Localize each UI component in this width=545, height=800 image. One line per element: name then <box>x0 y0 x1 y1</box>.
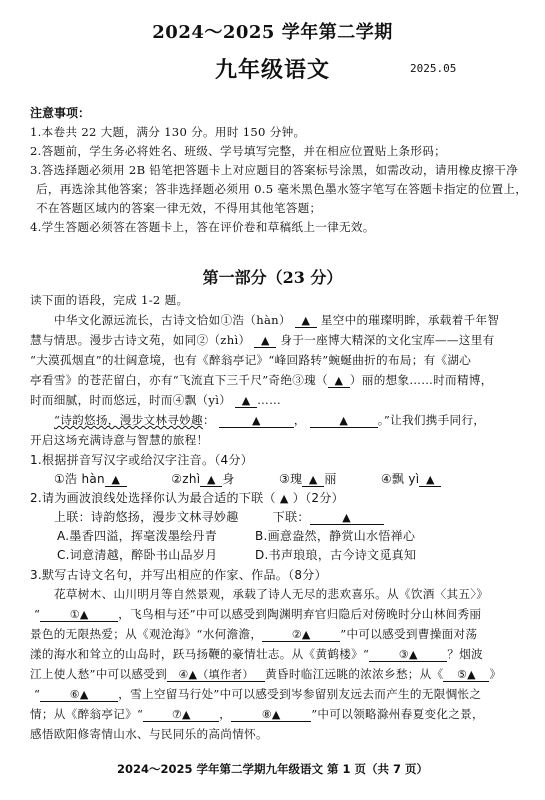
answer-blank[interactable]: ⑥▲ <box>40 689 118 702</box>
option-c[interactable]: C.词意清越，醉卧书山品岁月 <box>57 546 217 563</box>
answer-blank[interactable]: ▲ <box>105 473 127 487</box>
exam-page: 2024～2025 学年第二学期 九年级语文 2025.05 注意事项： 1.本… <box>0 0 545 800</box>
question-1-items: ①浩 hàn▲ ②zhì▲身 ③瑰▲丽 ④飘 yì▲ <box>54 470 441 487</box>
triangle-icon: ▲ <box>301 314 310 327</box>
question-3-stem: 3.默写古诗文名句，并写出相应的作家、作品。（8分） <box>30 566 327 583</box>
subject-title: 九年级语文 <box>215 53 330 84</box>
triangle-icon: ▲ <box>342 511 351 524</box>
triangle-icon: ▲ <box>339 414 348 427</box>
question-2-stem: 2.请为画波浪线处选择你认为最合适的下联（ ▲ ）（2分） <box>30 489 344 506</box>
answer-blank[interactable]: ③▲ <box>369 649 447 662</box>
note-item-2: 2.答题前，学生务必将姓名、班级、学号填写完整，并在相应位置贴上条形码； <box>30 143 446 159</box>
q3-line-4: 漾的海水和耸立的山岛时，跃马扬鞭的豪情壮志。从《黄鹤楼》“③▲？烟波 <box>30 646 483 662</box>
note-item-1: 1.本卷共 22 大题，满分 130 分。用时 150 分钟。 <box>30 124 305 140</box>
triangle-icon: ▲ <box>242 394 251 407</box>
answer-blank[interactable]: ▲ <box>219 414 294 428</box>
triangle-icon[interactable]: ▲ <box>280 492 289 505</box>
answer-blank[interactable]: ②▲ <box>262 629 340 642</box>
passage-line-6: “诗韵悠扬，漫步文林寻妙趣： ▲， ▲。”让我们携手同行， <box>54 412 485 428</box>
note-item-4: 4.学生答题必须答在答题卡上，答在评价卷和草稿纸上一律无效。 <box>30 219 375 235</box>
note-item-3-cont: 后，再选涂其他答案；答非选择题必须用 0.5 毫米黑色墨水签字笔写在答题卡指定的… <box>36 181 527 197</box>
note-item-3-cont2: 不在答题区域内的答案一律无效，不得用其他笔答题； <box>36 200 321 216</box>
passage-line-5: 时而细腻，时而悠远，时而④飘（yì） ▲…… <box>30 392 281 408</box>
passage-line-1: 中华文化源远流长，古诗文恰如①浩（hàn） ▲ 星空中的璀璨明眸，承载着千年智 <box>54 312 499 328</box>
option-d[interactable]: D.书声琅琅，古今诗文觅真知 <box>255 546 416 563</box>
question-1-stem: 1.根据拼音写汉字或给汉字注音。（4分） <box>30 451 253 468</box>
q3-line-7: 情；从《醉翁亭记》“⑦▲，⑧▲”中可以领略滁州春夏变化之景， <box>30 706 484 722</box>
wavy-underlined-phrase: “诗韵悠扬，漫步文林寻妙趣 <box>54 413 203 427</box>
option-a[interactable]: A.墨香四溢，挥毫泼墨绘丹青 <box>57 527 217 544</box>
answer-blank[interactable]: ▲ <box>235 394 257 408</box>
q3-line-6: “⑥▲，雪上空留马行处”中可以感受到岑参留别友远去而产生的无限惆怅之 <box>34 686 481 702</box>
option-b[interactable]: B.画意盎然，静赏山水悟禅心 <box>255 527 415 544</box>
triangle-icon: ▲ <box>309 473 318 486</box>
passage-line-7: 开启这场充满诗意与智慧的旅程！ <box>30 432 208 448</box>
passage-line-2: 慧与情思。漫步古诗文苑，如同②（zhì） ▲ 身于一座博大精深的文化宝库——这里… <box>30 332 494 348</box>
answer-blank[interactable]: ④▲（填作者） <box>167 669 265 682</box>
answer-blank[interactable]: ▲ <box>328 374 350 388</box>
answer-blank[interactable]: ▲ <box>310 511 384 525</box>
q3-line-2: “①▲，飞鸟相与还”中可以感受到陶渊明弃官归隐后对傍晚时分山林间秀丽 <box>34 606 481 622</box>
answer-blank[interactable]: ▲ <box>310 414 378 428</box>
triangle-icon: ▲ <box>426 473 435 486</box>
passage-intro: 读下面的语段，完成 1-2 题。 <box>30 292 188 308</box>
q3-line-8: 感悟欧阳修寄情山水、与民同乐的高尚情怀。 <box>30 726 268 742</box>
answer-blank[interactable]: ▲ <box>302 473 324 487</box>
passage-line-4: 亭看雪》的苍茫留白，亦有“飞流直下三千尺”奇绝③瑰（▲）丽的想象……时而精博， <box>30 372 493 388</box>
answer-blank[interactable]: ▲ <box>419 473 441 487</box>
notes-heading: 注意事项： <box>30 104 90 121</box>
couplet-line: 上联：诗韵悠扬，漫步文林寻妙趣 下联：▲ <box>54 508 384 525</box>
passage-line-3: “大漠孤烟直”的壮阔意境，也有《醉翁亭记》“峰回路转”蜿蜒曲折的布局；有《湖心 <box>30 352 471 368</box>
triangle-icon: ▲ <box>261 334 270 347</box>
answer-blank[interactable]: ⑦▲ <box>143 709 219 722</box>
exam-date: 2025.05 <box>410 62 456 75</box>
answer-blank[interactable]: ▲ <box>295 314 317 328</box>
triangle-icon: ▲ <box>252 414 261 427</box>
answer-blank[interactable]: ①▲ <box>40 609 118 622</box>
page-footer: 2024～2025 学年第二学期九年级语文 第 1 页（共 7 页） <box>0 761 545 777</box>
answer-blank[interactable]: ▲ <box>200 473 222 487</box>
section-title: 第一部分（23 分） <box>0 265 545 288</box>
answer-blank[interactable]: ▲ <box>254 334 276 348</box>
triangle-icon: ▲ <box>207 473 216 486</box>
triangle-icon: ▲ <box>335 374 344 387</box>
triangle-icon: ▲ <box>112 473 121 486</box>
note-item-3: 3.答选择题必须用 2B 铅笔把答题卡上对应题目的答案标号涂黑，如需改动，请用橡… <box>30 162 518 178</box>
term-title: 2024～2025 学年第二学期 <box>0 18 545 44</box>
q3-line-5: 江上使人愁”中可以感受到④▲（填作者）黄昏时临江远眺的浓浓乡愁；从《⑤▲》 <box>30 666 501 682</box>
answer-blank[interactable]: ⑧▲ <box>231 709 311 722</box>
q3-line-1: 花草树木、山川明月等自然景观，承载了诗人无尽的悲欢喜乐。从《饮酒〈其五〉》 <box>54 586 488 602</box>
q3-line-3: 景色的无限热爱；从《观沧海》“水何澹澹，②▲”中可以感受到曹操面对荡 <box>30 626 477 642</box>
answer-blank[interactable]: ⑤▲ <box>443 669 489 682</box>
